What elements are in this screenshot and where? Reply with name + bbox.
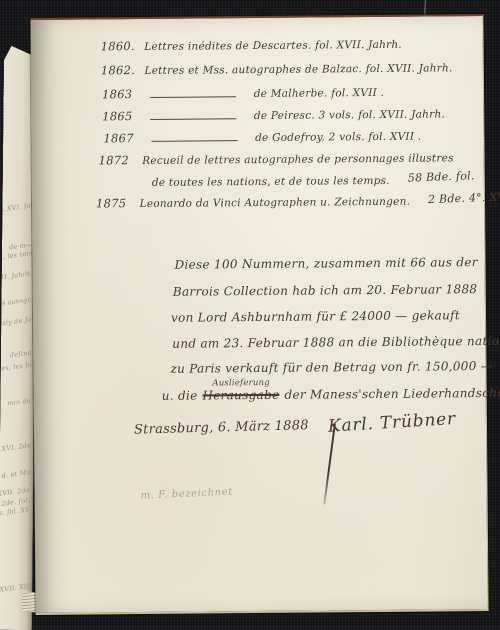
margin-fragment: nes, les fo [0, 361, 32, 373]
catalog-entry-1875: 1875 Leonardo da Vinci Autographen u. Ze… [96, 192, 500, 210]
note-line-3: von Lord Ashburnham für £ 24000 — gekauf… [171, 308, 460, 325]
margin-fragment: XVII. Jahrh. [0, 269, 33, 282]
entry-year: 1867 [103, 131, 143, 145]
entry-continuation: de toutes les nations, et de tous les te… [152, 175, 390, 189]
entry-year: 1872 [99, 153, 139, 167]
note-line-2: Barrois Collection hab ich am 20. Februa… [173, 282, 478, 299]
margin-fragment: Mozly de Ja [0, 315, 33, 328]
manuscript-page: 1860. Lettres inédites de Descartes. fol… [30, 14, 488, 615]
margin-fragment: mes, les tem [0, 249, 33, 263]
catalog-entry-1863: 1863 de Malherbe. fol. XVII . [102, 85, 384, 101]
note-line-6-suffix: der Maness'schen Liederhandschrift. [284, 386, 500, 402]
book-photo: fol. XVI. fol de m— mes, les tem XVII. J… [0, 0, 500, 630]
ditto-mark [150, 110, 236, 120]
entry-title: de Malherbe. fol. XVII . [254, 87, 385, 100]
entry-title: de Godefroy. 2 vols. fol. XVII . [255, 131, 421, 144]
margin-fragment: ges autogr. [0, 295, 33, 308]
note-line-6: u. dieAuslieferungHerausgabeder Maness's… [162, 386, 500, 403]
entry-year: 1862. [101, 63, 141, 77]
entry-volumes: 2 Bde. 4°. XV. Jahrh. [428, 189, 500, 206]
note-line-6-prefix: u. die [162, 389, 198, 403]
signature: Karl. Trübner [327, 409, 456, 437]
note-line-1: Diese 100 Nummern, zusammen mit 66 aus d… [175, 255, 478, 272]
catalog-entry-1860: 1860. Lettres inédites de Descartes. fol… [101, 37, 402, 54]
entry-year: 1875 [96, 196, 136, 210]
margin-fragment: defind [9, 349, 32, 360]
correction: AuslieferungHerausgabe [202, 388, 279, 403]
entry-year: 1860. [101, 39, 141, 53]
margin-fragment: fol. XVI. fol [0, 201, 34, 214]
ditto-mark [151, 132, 237, 142]
inserted-word: Auslieferung [212, 378, 270, 389]
entry-title: Lettres et Mss. autographes de Balzac. f… [144, 62, 452, 77]
entry-title: Recueil de lettres autographes de person… [142, 152, 454, 167]
note-line-5: zu Paris verkauft für den Betrag von fr.… [170, 359, 493, 376]
struck-word: Herausgabe [202, 388, 279, 403]
pencil-note: m. F. bezeichnet [140, 487, 233, 502]
margin-fragment: d. et Mu [1, 468, 31, 480]
entry-year: 1865 [102, 109, 142, 123]
catalog-entry-1867: 1867 de Godefroy. 2 vols. fol. XVII . [103, 129, 421, 146]
catalog-entry-1865: 1865 de Peiresc. 3 vols. fol. XVII. Jahr… [102, 106, 445, 123]
ditto-mark [150, 88, 236, 98]
entry-title: Leonardo da Vinci Autographen u. Zeichnu… [140, 196, 411, 210]
margin-fragment: fol. XVI. 2de [0, 441, 31, 455]
entry-title: de Peiresc. 3 vols. fol. XVII. Jahrh. [254, 108, 445, 122]
entry-volumes: 58 Bde. fol. [407, 169, 474, 184]
entry-title: Lettres inédites de Descartes. fol. XVII… [144, 39, 402, 53]
catalog-entry-1872-continuation: de toutes les nations, et de tous les te… [152, 173, 475, 189]
entry-year: 1863 [102, 87, 142, 101]
note-line-4: und am 23. Februar 1888 an die Bibliothè… [172, 334, 500, 351]
catalog-entry-1872: 1872 Recueil de lettres autographes de p… [99, 150, 454, 167]
margin-fragment: min de [7, 397, 32, 408]
dateline: Strassburg, 6. März 1888 [134, 418, 309, 438]
catalog-entry-1862: 1862. Lettres et Mss. autographes de Bal… [101, 60, 453, 77]
